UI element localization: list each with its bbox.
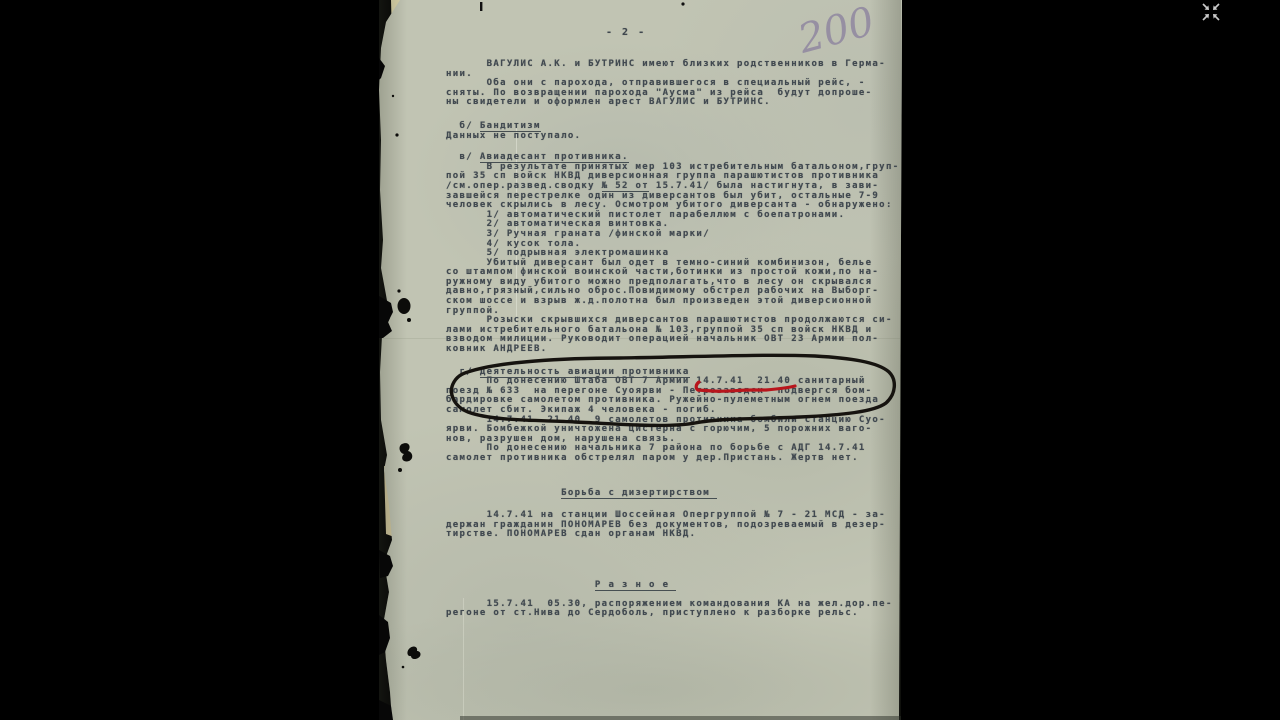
document-text: ВАГУЛИС А.К. и БУТРИНС имеют близких род…: [446, 60, 900, 619]
text-line: самолет противника обстрелял паром у дер…: [446, 454, 900, 464]
heading-line: Р а з н о е: [446, 581, 900, 591]
text-line: ковник АНДРЕЕВ.: [446, 345, 900, 355]
text-line: ском шоссе и взрыв ж.д.полотна был произ…: [446, 297, 900, 307]
exit-fullscreen-icon[interactable]: [1199, 2, 1223, 22]
image-viewer: - 2 - ВАГУЛИС А.К. и БУТРИНС имеют близк…: [0, 0, 1280, 720]
page-edge-shadow-left: [379, 0, 407, 720]
page-bottom-edge: [460, 716, 901, 720]
text-line: ны свидетели и оформлен арест ВАГУЛИС и …: [446, 98, 900, 108]
text-line: тирстве. ПОНОМАРЕВ сдан органам НКВД.: [446, 530, 900, 540]
text-line: ВАГУЛИС А.К. и БУТРИНС имеют близких род…: [446, 60, 900, 70]
text-line: Данных не поступало.: [446, 132, 900, 142]
heading-line: Борьба с дизертирством: [446, 489, 900, 499]
text-line: регоне от ст.Нива до Сердоболь, приступл…: [446, 609, 900, 619]
page-number: - 2 -: [606, 27, 646, 38]
